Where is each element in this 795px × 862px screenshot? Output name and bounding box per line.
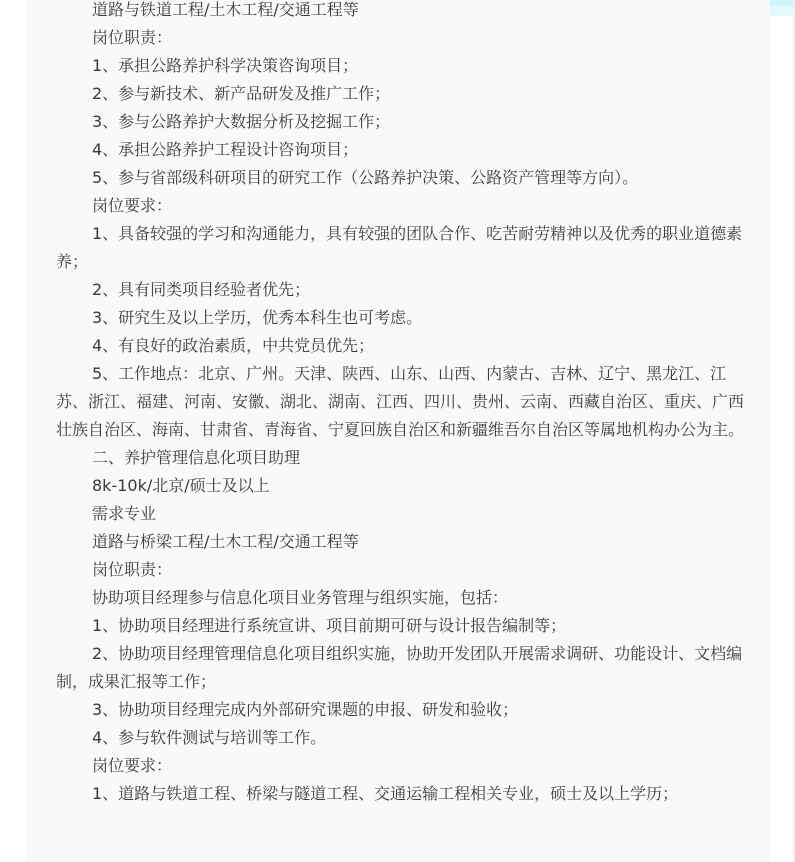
duty-item: 1、承担公路养护科学决策咨询项目； <box>56 52 746 80</box>
duty-item: 2、参与新技术、新产品研发及推广工作； <box>56 80 746 108</box>
requirement-item: 2、具有同类项目经验者优先； <box>56 276 746 304</box>
duty-item: 5、参与省部级科研项目的研究工作（公路养护决策、公路资产管理等方向）。 <box>56 164 746 192</box>
major-requirement-2: 道路与桥梁工程/土木工程/交通工程等 <box>56 528 746 556</box>
duties-heading-1: 岗位职责： <box>56 24 746 52</box>
duties-heading-2: 岗位职责： <box>56 556 746 584</box>
salary-location-degree: 8k-10k/北京/硕士及以上 <box>56 472 746 500</box>
duty-item: 1、协助项目经理进行系统宣讲、项目前期可研与设计报告编制等； <box>56 612 746 640</box>
job-description-article: 道路与铁道工程/土木工程/交通工程等 岗位职责： 1、承担公路养护科学决策咨询项… <box>56 0 746 808</box>
work-location-item: 5、工作地点：北京、广州。天津、陕西、山东、山西、内蒙古、吉林、辽宁、黑龙江、江… <box>56 360 746 444</box>
duty-item: 4、承担公路养护工程设计咨询项目； <box>56 136 746 164</box>
duty-item: 2、协助项目经理管理信息化项目组织实施，协助开发团队开展需求调研、功能设计、文档… <box>56 640 746 696</box>
duty-item: 3、协助项目经理完成内外部研究课题的申报、研发和验收； <box>56 696 746 724</box>
requirement-item: 4、有良好的政治素质，中共党员优先； <box>56 332 746 360</box>
position-title-2: 二、养护管理信息化项目助理 <box>56 444 746 472</box>
requirements-heading-1: 岗位要求： <box>56 192 746 220</box>
requirement-item: 1、具备较强的学习和沟通能力，具有较强的团队合作、吃苦耐劳精神以及优秀的职业道德… <box>56 220 746 276</box>
requirement-item: 3、研究生及以上学历，优秀本科生也可考虑。 <box>56 304 746 332</box>
major-heading: 需求专业 <box>56 500 746 528</box>
requirements-heading-2: 岗位要求： <box>56 752 746 780</box>
major-requirement-1: 道路与铁道工程/土木工程/交通工程等 <box>56 0 746 24</box>
duty-item: 4、参与软件测试与培训等工作。 <box>56 724 746 752</box>
requirement-item: 1、道路与铁道工程、桥梁与隧道工程、交通运输工程相关专业，硕士及以上学历； <box>56 780 746 808</box>
duty-item: 3、参与公路养护大数据分析及挖掘工作； <box>56 108 746 136</box>
page: 道路与铁道工程/土木工程/交通工程等 岗位职责： 1、承担公路养护科学决策咨询项… <box>0 0 795 862</box>
duty-intro: 协助项目经理参与信息化项目业务管理与组织实施，包括： <box>56 584 746 612</box>
